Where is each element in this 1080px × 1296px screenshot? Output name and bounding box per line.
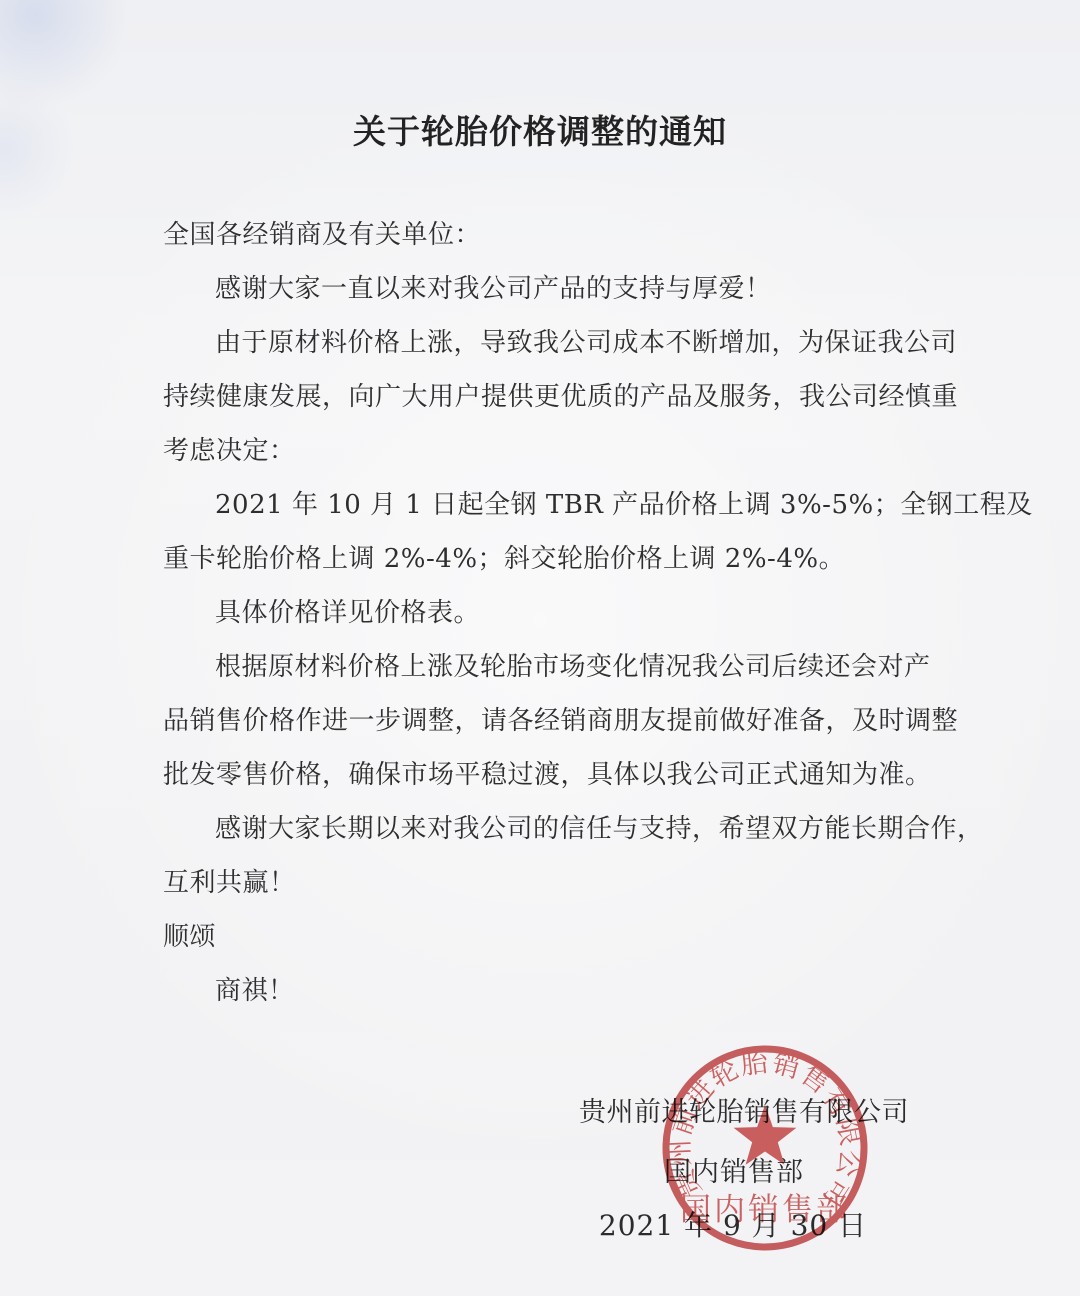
scanned-letter-page: 关于轮胎价格调整的通知 全国各经销商及有关单位：感谢大家一直以来对我公司产品的支…: [0, 0, 1080, 1296]
body-line: 品销售价格作进一步调整，请各经销商朋友提前做好准备，及时调整: [163, 694, 953, 748]
body-line: 商祺！: [163, 964, 953, 1018]
body-line: 重卡轮胎价格上调 2%-4%；斜交轮胎价格上调 2%-4%。: [163, 532, 953, 586]
body-line: 感谢大家长期以来对我公司的信任与支持，希望双方能长期合作，: [163, 802, 953, 856]
body-line: 顺颂: [163, 910, 953, 964]
page-title: 关于轮胎价格调整的通知: [0, 106, 1080, 153]
body-line: 具体价格详见价格表。: [163, 586, 953, 640]
body-line: 感谢大家一直以来对我公司产品的支持与厚爱！: [163, 262, 953, 316]
body-line: 持续健康发展，向广大用户提供更优质的产品及服务，我公司经慎重: [163, 370, 953, 424]
body-line: 根据原材料价格上涨及轮胎市场变化情况我公司后续还会对产: [163, 640, 953, 694]
company-seal: 贵州前进轮胎销售有限公司 国内销售部: [655, 1038, 875, 1258]
body-line: 考虑决定：: [163, 424, 953, 478]
body-line: 全国各经销商及有关单位：: [163, 208, 953, 262]
seal-star-icon: [734, 1105, 797, 1165]
seal-inner-text: 国内销售部: [680, 1192, 850, 1228]
body-line: 批发零售价格，确保市场平稳过渡，具体以我公司正式通知为准。: [163, 748, 953, 802]
body-line: 由于原材料价格上涨，导致我公司成本不断增加，为保证我公司: [163, 316, 953, 370]
body-line: 2021 年 10 月 1 日起全钢 TBR 产品价格上调 3%-5%；全钢工程…: [163, 478, 953, 532]
body-text: 全国各经销商及有关单位：感谢大家一直以来对我公司产品的支持与厚爱！由于原材料价格…: [163, 208, 953, 1018]
body-line: 互利共赢！: [163, 856, 953, 910]
